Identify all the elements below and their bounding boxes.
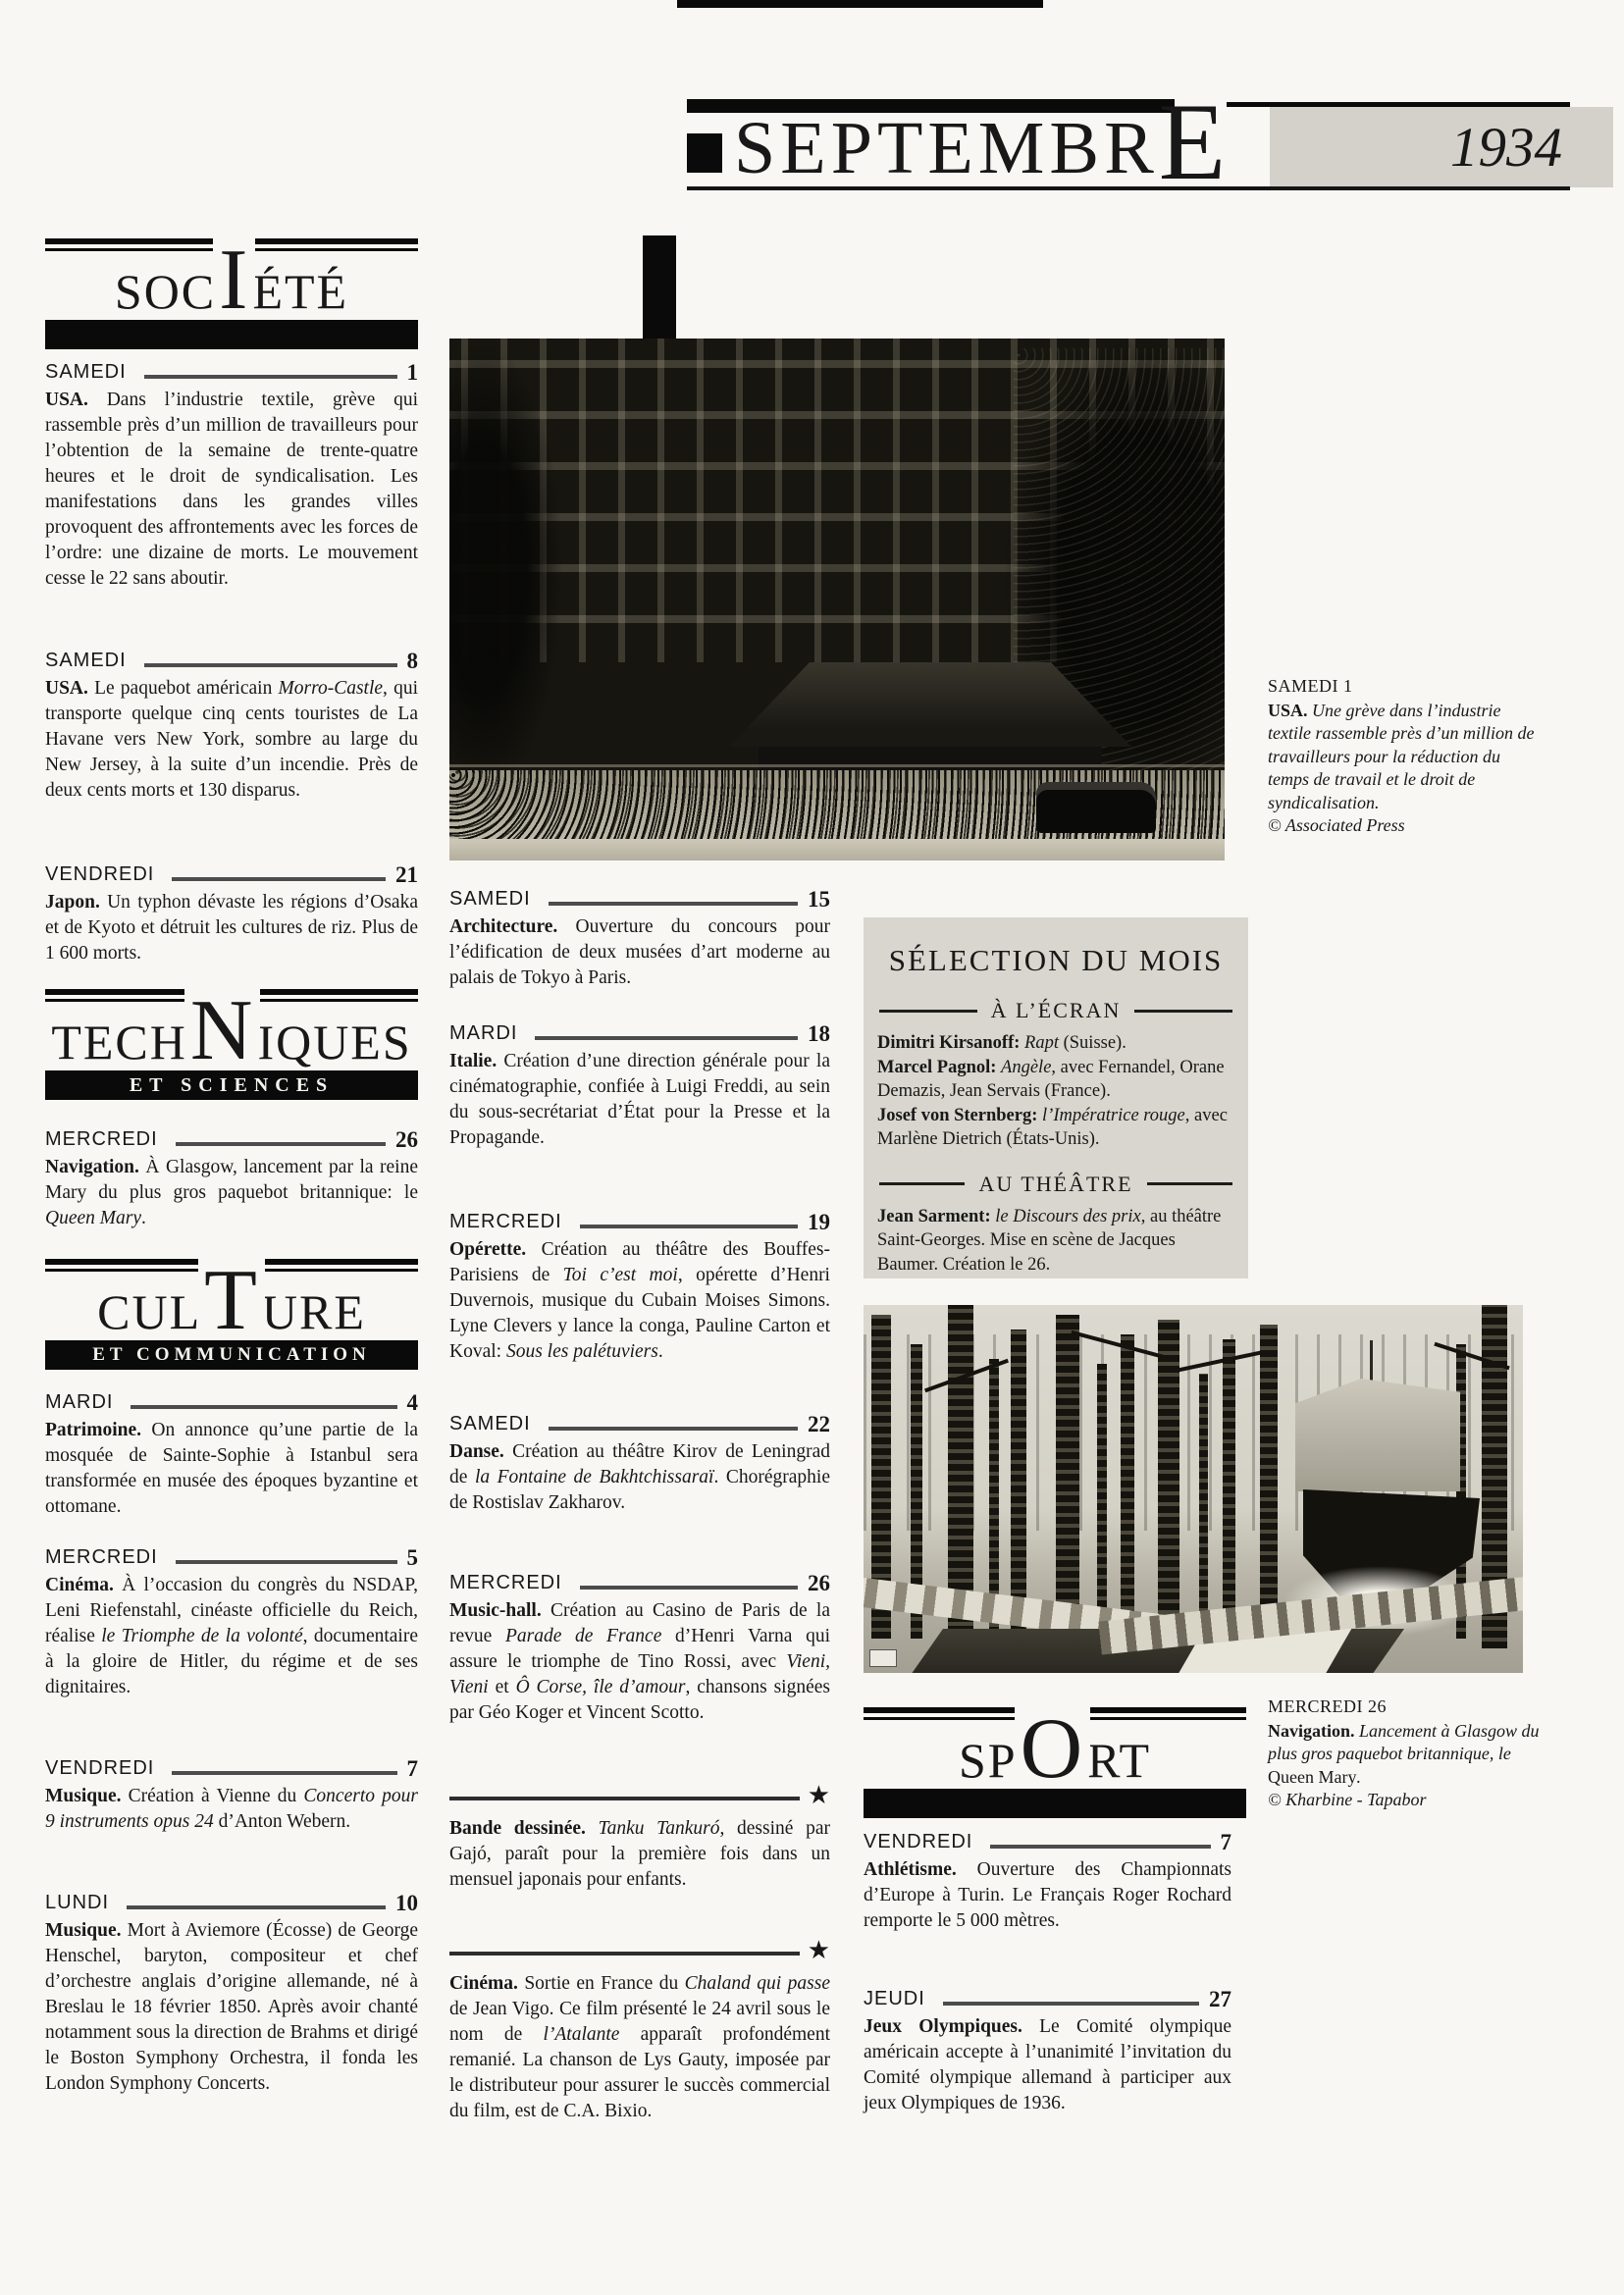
- entry-day: VENDREDI: [864, 1831, 972, 1852]
- entry-day-row: LUNDI 10: [45, 1892, 418, 1913]
- caption-text: USA. Une grève dans l’industrie textile …: [1268, 700, 1543, 815]
- year-box: 1934: [1270, 107, 1613, 187]
- masthead: SEPTEMBR E: [687, 104, 1226, 181]
- selection-du-mois-box: SÉLECTION DU MOIS À L’ÉCRAN Dimitri Kirs…: [864, 917, 1248, 1278]
- section-title: SPORT: [864, 1728, 1246, 1782]
- entry-middle-mercredi-26: MERCREDI 26 Music-hall. Création au Casi…: [449, 1572, 830, 1726]
- entry-day-number: 18: [808, 1024, 830, 1044]
- group-rule-left: [879, 1010, 977, 1013]
- entry-day-row: VENDREDI 21: [45, 863, 418, 885]
- star-rule-row: ★: [449, 1786, 830, 1811]
- entry-rule: [549, 1427, 798, 1431]
- entry-text: Architecture. Ouverture du concours pour…: [449, 914, 830, 991]
- title-post: RT: [1087, 1733, 1151, 1788]
- entry-day: SAMEDI: [45, 361, 127, 383]
- entry-day-row: MARDI 4: [45, 1391, 418, 1413]
- group-label: AU THÉÂTRE: [978, 1172, 1132, 1197]
- entry-day-number: 27: [1209, 1990, 1231, 2009]
- entry-day-number: 5: [407, 1548, 419, 1568]
- entry-day: MERCREDI: [45, 1128, 158, 1150]
- entry-text: Danse. Création au théâtre Kirov de Leni…: [449, 1439, 830, 1516]
- entry-culture-mercredi-5: MERCREDI 5 Cinéma. À l’occasion du congr…: [45, 1546, 418, 1700]
- month-title-big-letter: E: [1159, 104, 1226, 181]
- crane-tower: [1260, 1325, 1278, 1648]
- entry-text: Jeux Olympiques. Le Comité olympique amé…: [864, 2014, 1231, 2116]
- entry-rule: [127, 1905, 386, 1909]
- entry-day-row: VENDREDI 7: [864, 1831, 1231, 1852]
- month-title: SEPTEMBR: [734, 116, 1159, 182]
- entry-day-number: 7: [1221, 1833, 1232, 1852]
- title-big-letter: N: [187, 1010, 258, 1053]
- entry-day: SAMEDI: [45, 650, 127, 671]
- square-bullet-icon: [687, 133, 722, 173]
- entry-rule: [131, 1405, 396, 1409]
- entry-rule: [990, 1845, 1210, 1849]
- entry-day-row: JEUDI 27: [864, 1988, 1231, 2009]
- vintage-car: [1036, 782, 1156, 833]
- entry-day-number: 26: [395, 1130, 418, 1150]
- title-post: ÉTÉ: [252, 264, 348, 319]
- entry-techniques-mercredi-26: MERCREDI 26 Navigation. À Glasgow, lance…: [45, 1128, 418, 1231]
- entry-rule: [549, 902, 798, 906]
- entry-day-row: MARDI 18: [449, 1022, 830, 1044]
- title-post: URE: [262, 1284, 366, 1339]
- ground: [449, 839, 1225, 861]
- entry-culture-vendredi-7: VENDREDI 7 Musique. Création à Vienne du…: [45, 1757, 418, 1835]
- section-title: SOCIÉTÉ: [45, 259, 418, 313]
- entry-culture-mardi-4: MARDI 4 Patrimoine. On annonce qu’une pa…: [45, 1391, 418, 1520]
- entry-middle-mercredi-19: MERCREDI 19 Opérette. Création au théâtr…: [449, 1211, 830, 1365]
- entry-societe-vendredi-21: VENDREDI 21 Japon. Un typhon dévaste les…: [45, 863, 418, 966]
- selection-item: Josef von Sternberg: l’Impératrice rouge…: [877, 1104, 1234, 1152]
- star-icon: ★: [808, 1783, 830, 1808]
- section-header-culture: CULTURE ET COMMUNICATION: [45, 1259, 418, 1370]
- entry-day: MERCREDI: [449, 1211, 562, 1232]
- entry-text: Athlétisme. Ouverture des Championnats d…: [864, 1857, 1231, 1934]
- entry-text: Bande dessinée. Tanku Tankuró, dessiné p…: [449, 1816, 830, 1893]
- entry-day-row: SAMEDI 1: [45, 361, 418, 383]
- entry-day-row: MERCREDI 19: [449, 1211, 830, 1232]
- selection-title: SÉLECTION DU MOIS: [877, 943, 1234, 978]
- caption-day: MERCREDI 26: [1268, 1695, 1543, 1719]
- group-rule-right: [1147, 1182, 1232, 1185]
- entry-text: Cinéma. À l’occasion du congrès du NSDAP…: [45, 1573, 418, 1700]
- section-header-societe: SOCIÉTÉ: [45, 238, 418, 349]
- selection-item: Marcel Pagnol: Angèle, avec Fernandel, O…: [877, 1056, 1234, 1104]
- entry-rule: [144, 663, 397, 667]
- caption-text: Navigation. Lancement à Glasgow du plus …: [1268, 1720, 1543, 1790]
- entry-day: VENDREDI: [45, 863, 154, 885]
- entry-rule: [144, 375, 397, 379]
- entry-day-number: 15: [808, 890, 830, 910]
- crane-tower: [1199, 1374, 1208, 1619]
- entry-middle-samedi-15: SAMEDI 15 Architecture. Ouverture du con…: [449, 888, 830, 991]
- entry-rule: [580, 1225, 798, 1228]
- entry-day-number: 7: [407, 1759, 419, 1779]
- entry-day-row: VENDREDI 7: [45, 1757, 418, 1779]
- entry-rule: [943, 2002, 1199, 2006]
- title-post: IQUES: [257, 1015, 411, 1069]
- entry-middle-samedi-22: SAMEDI 22 Danse. Création au théâtre Kir…: [449, 1413, 830, 1516]
- selection-group-header: À L’ÉCRAN: [879, 998, 1232, 1023]
- entry-day-number: 1: [407, 363, 419, 383]
- title-big-letter: I: [216, 259, 252, 302]
- star-rule: [449, 1797, 800, 1800]
- title-big-letter: T: [201, 1279, 262, 1323]
- entry-day-row: MERCREDI 26: [45, 1128, 418, 1150]
- section-header-sport: SPORT: [864, 1707, 1246, 1818]
- entry-text: USA. Dans l’industrie textile, grève qui…: [45, 388, 418, 592]
- entry-rule: [176, 1560, 397, 1564]
- entry-day: SAMEDI: [449, 888, 531, 910]
- entry-day-number: 10: [395, 1894, 418, 1913]
- magazine-page: { "masthead": { "month_pre": "SEPTEMBR",…: [0, 0, 1624, 2295]
- title-pre: CUL: [97, 1284, 201, 1339]
- entry-middle-mardi-18: MARDI 18 Italie. Création d’une directio…: [449, 1022, 830, 1151]
- entry-text: Opérette. Création au théâtre des Bouffe…: [449, 1237, 830, 1365]
- entry-day-row: MERCREDI 26: [449, 1572, 830, 1593]
- caption-credit: © Associated Press: [1268, 814, 1543, 838]
- caption-queen-mary: MERCREDI 26 Navigation. Lancement à Glas…: [1268, 1695, 1543, 1812]
- section-title: CULTURE: [45, 1279, 418, 1333]
- year-label: 1934: [1450, 116, 1562, 180]
- section-title: TECHNIQUES: [45, 1010, 418, 1064]
- entry-sport-jeudi-27: JEUDI 27 Jeux Olympiques. Le Comité olym…: [864, 1988, 1231, 2116]
- tree-left: [449, 343, 562, 795]
- entry-day: MERCREDI: [449, 1572, 562, 1593]
- entry-day: VENDREDI: [45, 1757, 154, 1779]
- selection-item: Jean Sarment: le Discours des prix, au t…: [877, 1205, 1234, 1278]
- entry-day-number: 21: [395, 865, 418, 885]
- entry-sport-vendredi-7: VENDREDI 7 Athlétisme. Ouverture des Cha…: [864, 1831, 1231, 1934]
- entry-societe-samedi-1: SAMEDI 1 USA. Dans l’industrie textile, …: [45, 361, 418, 592]
- entry-text: Japon. Un typhon dévaste les régions d’O…: [45, 890, 418, 966]
- photo-textile-strike: [449, 339, 1225, 861]
- masthead-bottom-rule: [687, 186, 1570, 190]
- crane-tower: [1097, 1364, 1107, 1629]
- entry-text: Italie. Création d’une direction général…: [449, 1049, 830, 1151]
- title-pre: TECH: [51, 1015, 187, 1069]
- photo-queen-mary-launch: [864, 1305, 1523, 1673]
- crane-tower: [1121, 1334, 1134, 1639]
- entry-day-number: 8: [407, 652, 419, 671]
- entry-day-row: SAMEDI 15: [449, 888, 830, 910]
- caption-strike: SAMEDI 1 USA. Une grève dans l’industrie…: [1268, 675, 1543, 838]
- entry-text: Music-hall. Création au Casino de Paris …: [449, 1598, 830, 1726]
- entry-day: SAMEDI: [449, 1413, 531, 1434]
- entry-text: Musique. Mort à Aviemore (Écosse) de Geo…: [45, 1918, 418, 2097]
- star-rule-row: ★: [449, 1941, 830, 1966]
- entry-starred-bd: ★ Bande dessinée. Tanku Tankuró, dessiné…: [449, 1786, 830, 1893]
- photo-agency-mark: [869, 1649, 897, 1667]
- entry-text: Navigation. À Glasgow, lancement par la …: [45, 1155, 418, 1231]
- selection-group-header: AU THÉÂTRE: [879, 1172, 1232, 1197]
- title-pre: SOC: [115, 264, 216, 319]
- entry-day: JEUDI: [864, 1988, 925, 2009]
- entry-rule: [172, 1771, 396, 1775]
- entry-day: MARDI: [45, 1391, 113, 1413]
- entry-text: Cinéma. Sortie en France du Chaland qui …: [449, 1971, 830, 2124]
- group-rule-right: [1134, 1010, 1232, 1013]
- crane-tower: [1158, 1320, 1179, 1653]
- entry-rule: [172, 877, 386, 881]
- crane-tower: [1223, 1339, 1235, 1634]
- entry-day-row: SAMEDI 8: [45, 650, 418, 671]
- photo-mill-chimney: [643, 235, 676, 341]
- entry-text: Patrimoine. On annonce qu’une partie de …: [45, 1418, 418, 1520]
- entry-rule: [535, 1036, 798, 1040]
- fence-line: [449, 764, 1225, 767]
- entry-day-row: SAMEDI 22: [449, 1413, 830, 1434]
- ship-mast: [1370, 1340, 1373, 1382]
- title-big-letter: O: [1018, 1728, 1088, 1771]
- entry-text: USA. Le paquebot américain Morro-Castle,…: [45, 676, 418, 804]
- entry-day: MERCREDI: [45, 1546, 158, 1568]
- entry-day-number: 22: [808, 1415, 830, 1434]
- entry-day-number: 26: [808, 1574, 830, 1593]
- caption-credit: © Kharbine - Tapabor: [1268, 1789, 1543, 1812]
- section-header-techniques: TECHNIQUES ET SCIENCES: [45, 989, 418, 1100]
- title-pre: SP: [959, 1733, 1018, 1788]
- entry-rule: [176, 1142, 386, 1146]
- group-rule-left: [879, 1182, 965, 1185]
- entry-societe-samedi-8: SAMEDI 8 USA. Le paquebot américain Morr…: [45, 650, 418, 804]
- group-label: À L’ÉCRAN: [991, 998, 1122, 1023]
- star-icon: ★: [808, 1938, 830, 1963]
- caption-day: SAMEDI 1: [1268, 675, 1543, 699]
- selection-item: Dimitri Kirsanoff: Rapt (Suisse).: [877, 1031, 1234, 1056]
- page-edge-mark: [677, 0, 1043, 8]
- entry-day: LUNDI: [45, 1892, 109, 1913]
- entry-day-number: 4: [407, 1393, 419, 1413]
- entry-day-number: 19: [808, 1213, 830, 1232]
- star-rule: [449, 1952, 800, 1956]
- entry-rule: [580, 1586, 798, 1590]
- entry-culture-lundi-10: LUNDI 10 Musique. Mort à Aviemore (Écoss…: [45, 1892, 418, 2097]
- entry-starred-cinema: ★ Cinéma. Sortie en France du Chaland qu…: [449, 1941, 830, 2124]
- ship-superstructure: [1295, 1379, 1460, 1491]
- entry-day-row: MERCREDI 5: [45, 1546, 418, 1568]
- entry-day: MARDI: [449, 1022, 517, 1044]
- entry-text: Musique. Création à Vienne du Concerto p…: [45, 1784, 418, 1835]
